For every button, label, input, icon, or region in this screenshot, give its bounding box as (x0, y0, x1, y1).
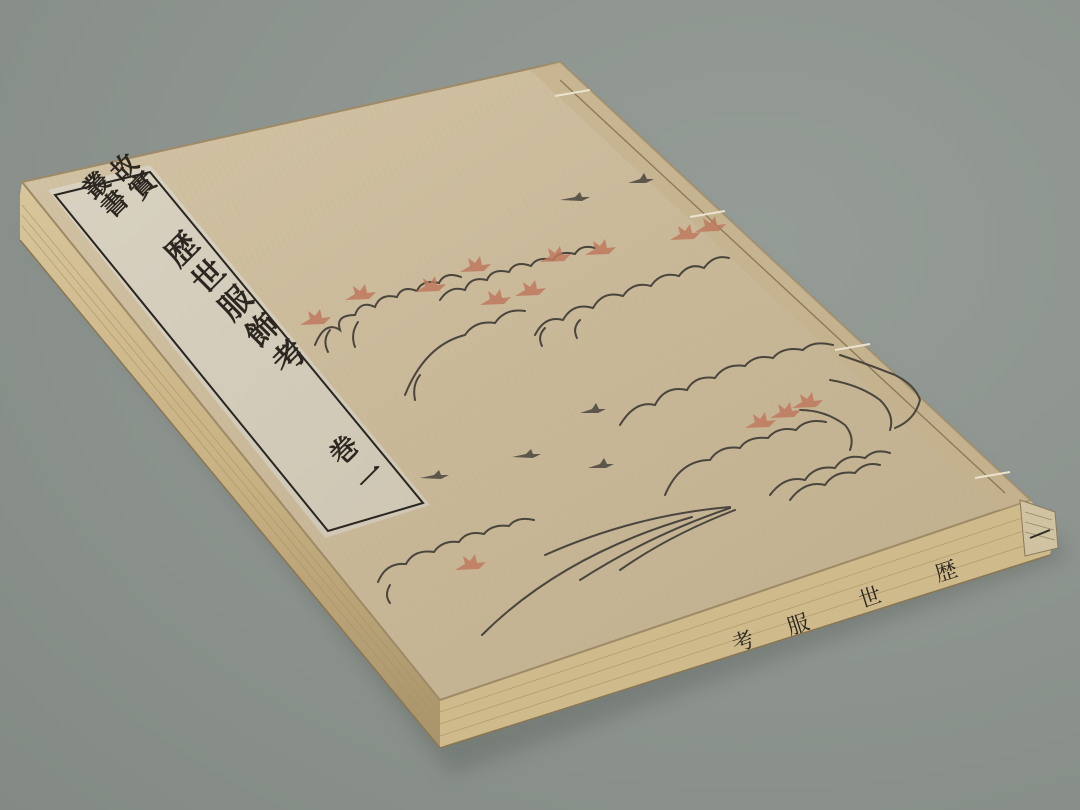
photo-scene: 歴 世 服 考 故實 叢書 歴世服飾考 巻一 (0, 0, 1080, 810)
corner-cloth (1020, 500, 1058, 556)
book-illustration: 歴 世 服 考 (0, 0, 1080, 810)
